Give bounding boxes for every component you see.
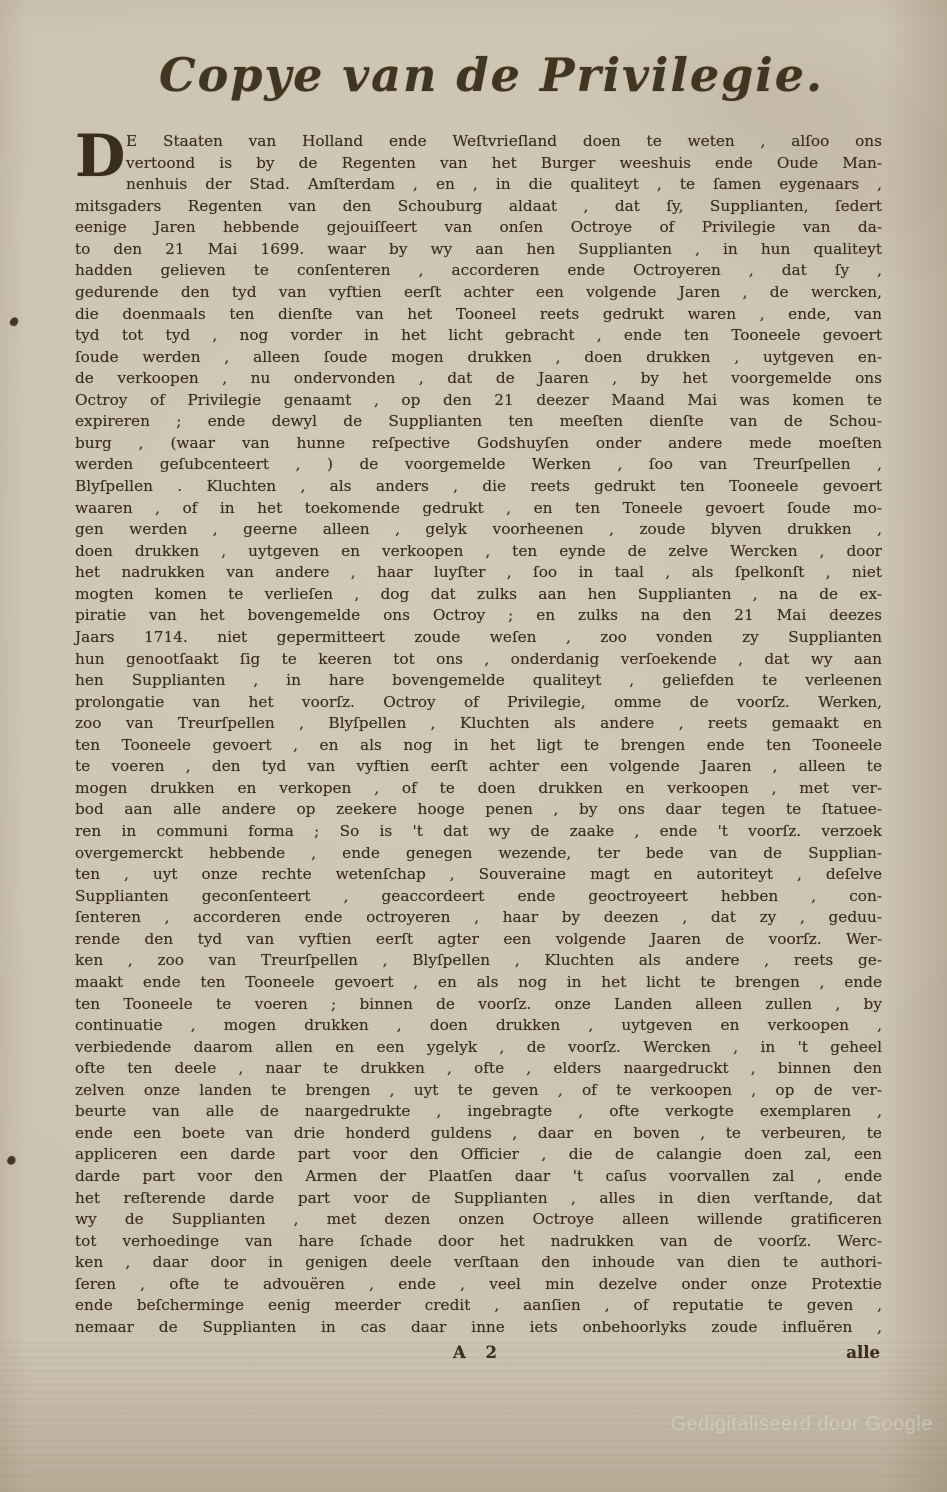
body-line: darde part voor den Armen der Plaatſen d…: [75, 1166, 882, 1188]
body-line: maakt ende ten Tooneele gevoert , en als…: [75, 972, 882, 994]
body-text-block: D E Staaten van Holland ende Weſtvrieſla…: [75, 131, 882, 1364]
body-line: te voeren , den tyd van vyftien eerſt ac…: [75, 756, 882, 778]
body-line: zoo van Treurſpellen , Blyſpellen , Kluc…: [75, 713, 882, 735]
google-digitization-watermark: Gedigitaliseerd door Google: [670, 1413, 933, 1436]
body-line: hen Supplianten , in hare bovengemelde q…: [75, 670, 882, 692]
body-line: continuatie , mogen drukken , doen drukk…: [75, 1015, 882, 1037]
page-footer: A 2 alle: [75, 1342, 882, 1364]
body-line: gen werden , geerne alleen , gelyk voorh…: [75, 519, 882, 541]
body-line: ofte ten deele , naar te drukken , ofte …: [75, 1058, 882, 1080]
signature-mark: A 2: [75, 1342, 882, 1364]
ink-speck: [6, 1155, 17, 1166]
body-line: expireren ; ende dewyl de Supplianten te…: [75, 411, 882, 433]
body-line: hadden gelieven te conſenteren , accorde…: [75, 260, 882, 282]
body-line: ten Tooneele te voeren ; binnen de voorſ…: [75, 994, 882, 1016]
body-line: de verkoopen , nu ondervonden , dat de J…: [75, 368, 882, 390]
body-line: E Staaten van Holland ende Weſtvrieſland…: [75, 131, 882, 153]
page-title: Copye van de Privilegie.: [18, 48, 947, 102]
body-line: eenige Jaren hebbende gejouiſſeert van o…: [75, 217, 882, 239]
body-line: ten Tooneele gevoert , en als nog in het…: [75, 735, 882, 757]
body-line: to den 21 Mai 1699. waar by wy aan hen S…: [75, 239, 882, 261]
body-line: overgemerckt hebbende , ende genegen wez…: [75, 843, 882, 865]
body-line: die doenmaals ten dienſte van het Toonee…: [75, 304, 882, 326]
body-line: Supplianten geconſenteert , geaccordeert…: [75, 886, 882, 908]
scanned-page: Copye van de Privilegie. D E Staaten van…: [0, 0, 947, 1492]
body-line: doen drukken , uytgeven en verkoopen , t…: [75, 541, 882, 563]
body-line: het nadrukken van andere , haar luyſter …: [75, 562, 882, 584]
body-line: appliceren een darde part voor den Offic…: [75, 1144, 882, 1166]
body-line: beurte van alle de naargedrukte , ingebr…: [75, 1101, 882, 1123]
body-line: Octroy of Privilegie genaamt , op den 21…: [75, 390, 882, 412]
body-line: tot verhoedinge van hare ſchade door het…: [75, 1231, 882, 1253]
body-line: burg , (waar van hunne reſpective Godshu…: [75, 433, 882, 455]
body-line: tyd tot tyd , nog vorder in het licht ge…: [75, 325, 882, 347]
body-line: het reſterende darde part voor de Suppli…: [75, 1188, 882, 1210]
body-line: nemaar de Supplianten in cas daar inne i…: [75, 1317, 882, 1339]
body-line: zelven onze landen te brengen , uyt te g…: [75, 1080, 882, 1102]
body-line: ken , daar door in genigen deele verſtaa…: [75, 1252, 882, 1274]
body-line: rende den tyd van vyftien eerſt agter ee…: [75, 929, 882, 951]
body-line: Jaars 1714. niet gepermitteert zoude weſ…: [75, 627, 882, 649]
ink-speck: [9, 316, 20, 328]
body-line: verbiedende daarom allen en een ygelyk ,…: [75, 1037, 882, 1059]
body-line: Blyſpellen . Kluchten , als anders , die…: [75, 476, 882, 498]
body-line: werden geſubcenteert , ) de voorgemelde …: [75, 454, 882, 476]
body-line: hun genootſaakt ſig te keeren tot ons , …: [75, 649, 882, 671]
body-line: ren in communi forma ; So is 't dat wy d…: [75, 821, 882, 843]
body-line: mogten komen te verlieſen , dog dat zulk…: [75, 584, 882, 606]
body-line: ſeren , ofte te advouëren , ende , veel …: [75, 1274, 882, 1296]
body-line: prolongatie van het voorſz. Octroy of Pr…: [75, 692, 882, 714]
body-line: wy de Supplianten , met dezen onzen Octr…: [75, 1209, 882, 1231]
body-line: gedurende den tyd van vyftien eerſt acht…: [75, 282, 882, 304]
body-line: waaren , of in het toekomende gedrukt , …: [75, 498, 882, 520]
body-line: nenhuis der Stad. Amſterdam , en , in di…: [75, 174, 882, 196]
body-line: ten , uyt onze rechte wetenſchap , Souve…: [75, 864, 882, 886]
drop-cap-initial: D: [75, 134, 119, 176]
body-line: piratie van het bovengemelde ons Octroy …: [75, 605, 882, 627]
body-line: ende een boete van drie honderd guldens …: [75, 1123, 882, 1145]
body-line: ſoude werden , alleen ſoude mogen drukke…: [75, 347, 882, 369]
body-line: vertoond is by de Regenten van het Burge…: [75, 153, 882, 175]
body-line: ken , zoo van Treurſpellen , Blyſpellen …: [75, 950, 882, 972]
body-line: bod aan alle andere op zeekere hooge pen…: [75, 799, 882, 821]
body-line: ende beſcherminge eenig meerder credit ,…: [75, 1295, 882, 1317]
body-line: mitsgaders Regenten van den Schouburg al…: [75, 196, 882, 218]
body-line: mogen drukken en verkopen , of te doen d…: [75, 778, 882, 800]
body-line: ſenteren , accorderen ende octroyeren , …: [75, 907, 882, 929]
catchword: alle: [846, 1342, 880, 1364]
